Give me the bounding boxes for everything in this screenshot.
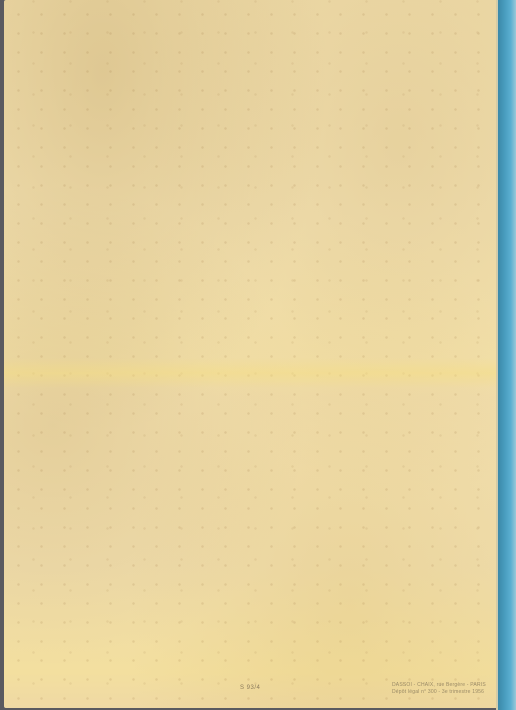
catalog-mark: S 93/4 [240,685,260,691]
imprint-line-2: Dépôt légal n° 300 - 3e trimestre 1956 [392,689,486,696]
book-spine [498,0,516,710]
book-back-cover: S 93/4 DASSOI - CHAIX, rue Bergère - PAR… [4,0,498,708]
imprint-line-1: DASSOI - CHAIX, rue Bergère - PARIS [392,682,486,689]
discoloration-band [4,358,498,388]
paper-speckle-texture [4,0,498,708]
printer-imprint: DASSOI - CHAIX, rue Bergère - PARIS Dépô… [392,682,486,696]
